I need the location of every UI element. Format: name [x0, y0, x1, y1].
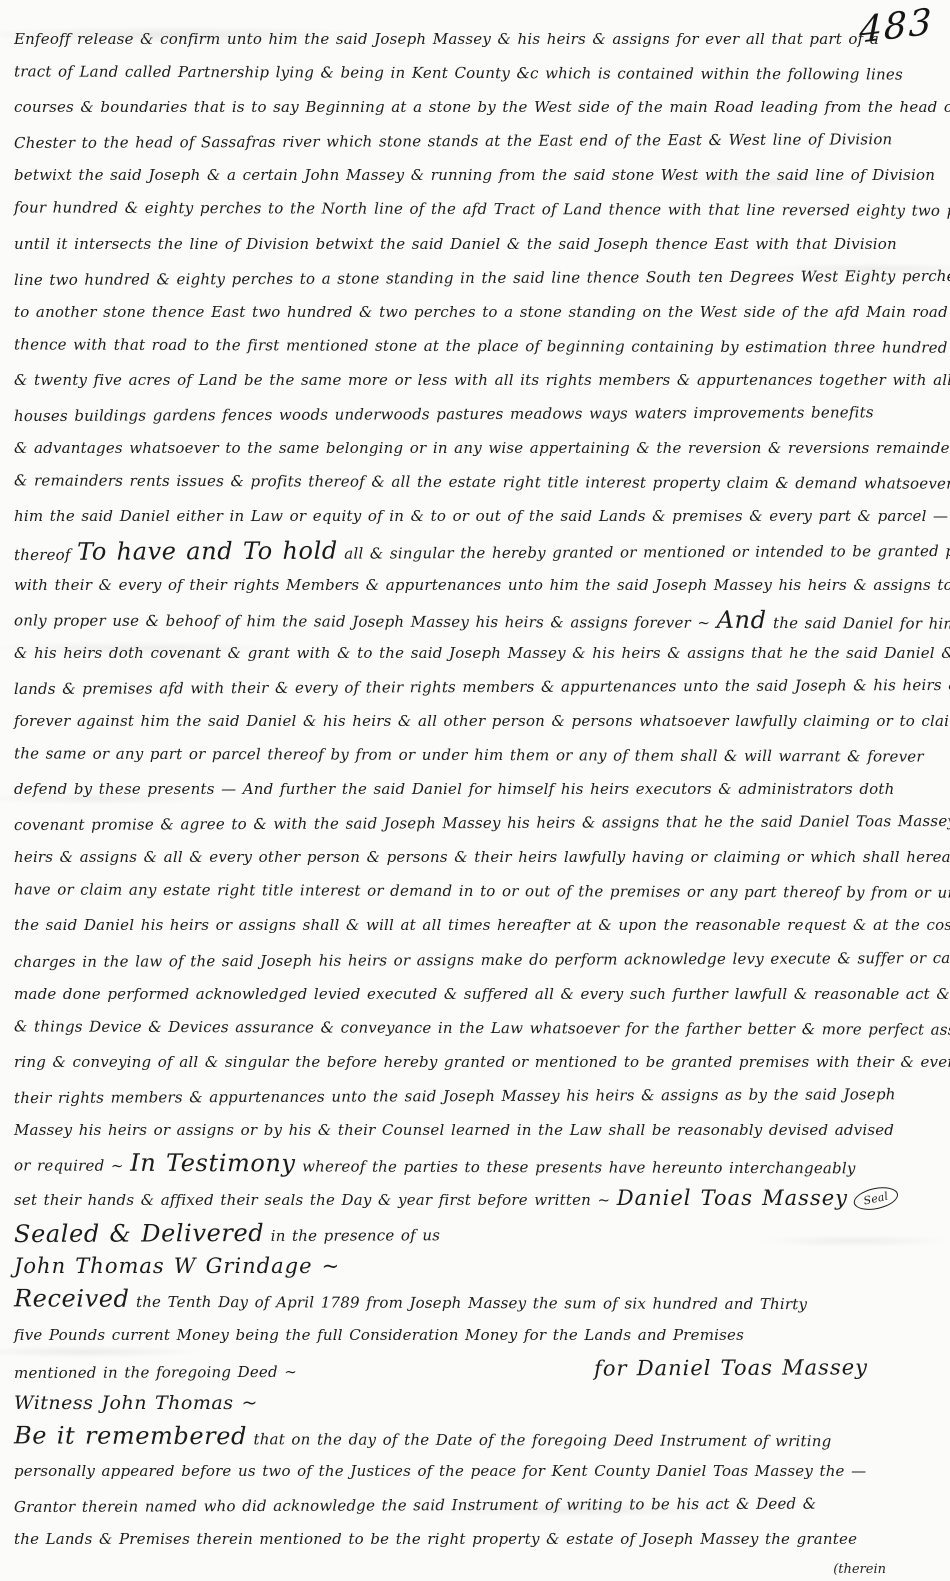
signature-text: John Thomas W Grindage ~: [14, 1254, 340, 1278]
manuscript-line: & his heirs doth covenant & grant with &…: [14, 636, 938, 670]
text-segment: until it intersects the line of Division…: [14, 235, 897, 253]
text-segment: Enfeoff release & confirm unto him the s…: [14, 30, 879, 48]
text-segment: their rights members & appurtenances unt…: [14, 1085, 896, 1107]
manuscript-line: the said Daniel his heirs or assigns sha…: [14, 908, 938, 942]
text-segment: thence with that road to the first menti…: [14, 335, 948, 356]
text-segment: tract of Land called Partnership lying &…: [14, 62, 903, 83]
manuscript-line: & twenty five acres of Land be the same …: [14, 363, 938, 397]
text-segment: four hundred & eighty perches to the Nor…: [14, 199, 950, 220]
text-segment: In Testimony: [130, 1149, 296, 1178]
text-segment: heirs & assigns & all & every other pers…: [14, 848, 950, 866]
text-segment: the Tenth Day of April 1789 from Joseph …: [129, 1293, 807, 1313]
text-segment: personally appeared before us two of the…: [14, 1462, 866, 1480]
text-segment: To have and To hold: [77, 537, 338, 566]
manuscript-line: John Thomas W Grindage ~: [14, 1249, 938, 1283]
manuscript-line: Be it remembered that on the day of the …: [14, 1418, 938, 1455]
text-segment: Massey his heirs or assigns or by his & …: [14, 1121, 894, 1139]
text-segment: the said Daniel his heirs or assigns sha…: [14, 916, 950, 934]
manuscript-line: Chester to the head of Sassafras river w…: [14, 122, 938, 160]
text-segment: the said Daniel for himself: [767, 614, 950, 633]
manuscript-line: defend by these presents — And further t…: [14, 772, 938, 806]
manuscript-line: & things Device & Devices assurance & co…: [14, 1009, 938, 1046]
text-segment: Sealed & Delivered: [14, 1219, 264, 1248]
text-segment: lands & premises afd with their & every …: [14, 675, 950, 697]
manuscript-line: until it intersects the line of Division…: [14, 227, 938, 261]
text-segment: five Pounds current Money being the full…: [14, 1326, 744, 1344]
manuscript-line: Grantor therein named who did acknowledg…: [14, 1486, 938, 1524]
manuscript-line: four hundred & eighty perches to the Nor…: [14, 191, 938, 228]
text-segment: or required ~: [14, 1156, 130, 1174]
manuscript-line: the Lands & Premises therein mentioned t…: [14, 1522, 938, 1556]
text-segment: line two hundred & eighty perches to a s…: [14, 267, 950, 289]
text-segment: whereof the parties to these presents ha…: [296, 1157, 856, 1177]
signature-text: Daniel Toas Massey: [617, 1186, 848, 1210]
text-segment: him the said Daniel either in Law or equ…: [14, 507, 948, 525]
scanned-deed-page: { "page": { "number": "483", "catchword"…: [0, 0, 950, 1581]
text-segment: have or claim any estate right title int…: [14, 881, 950, 902]
text-segment: only proper use & behoof of him the said…: [14, 611, 717, 631]
seal-mark: Seal: [852, 1184, 900, 1214]
text-segment: Received: [14, 1285, 130, 1313]
manuscript-line: have or claim any estate right title int…: [14, 873, 938, 910]
manuscript-line: made done performed acknowledged levied …: [14, 977, 938, 1011]
text-segment: with their & every of their rights Membe…: [14, 576, 950, 594]
text-segment: Witness John Thomas ~: [14, 1392, 258, 1414]
manuscript-line: or required ~ In Testimony whereof the p…: [14, 1145, 938, 1182]
manuscript-line: Received the Tenth Day of April 1789 fro…: [14, 1282, 938, 1319]
manuscript-line: heirs & assigns & all & every other pers…: [14, 840, 938, 874]
manuscript-line: thereof To have and To hold all & singul…: [14, 531, 938, 569]
text-segment: the same or any part or parcel thereof b…: [14, 744, 924, 765]
manuscript-line: to another stone thence East two hundred…: [14, 295, 938, 329]
manuscript-line: ring & conveying of all & singular the b…: [14, 1045, 938, 1079]
text-segment: & things Device & Devices assurance & co…: [14, 1017, 950, 1038]
text-segment: And: [717, 605, 767, 633]
text-segment: that on the day of the Date of the foreg…: [247, 1430, 831, 1450]
text-segment: the Lands & Premises therein mentioned t…: [14, 1530, 857, 1548]
text-segment: & his heirs doth covenant & grant with &…: [14, 644, 950, 662]
text-segment: betwixt the said Joseph & a certain John…: [14, 166, 935, 184]
text-segment: Be it remembered: [14, 1421, 247, 1450]
text-segment: houses buildings gardens fences woods un…: [14, 403, 874, 425]
manuscript-line: only proper use & behoof of him the said…: [14, 600, 938, 637]
text-segment: & remainders rents issues & profits ther…: [14, 472, 950, 493]
manuscript-line: set their hands & affixed their seals th…: [14, 1181, 938, 1215]
manuscript-line: Massey his heirs or assigns or by his & …: [14, 1113, 938, 1147]
manuscript-line: & remainders rents issues & profits ther…: [14, 464, 938, 501]
manuscript-line: courses & boundaries that is to say Begi…: [14, 90, 938, 124]
manuscript-line: their rights members & appurtenances unt…: [14, 1077, 938, 1115]
text-segment: made done performed acknowledged levied …: [14, 985, 950, 1003]
text-segment: defend by these presents — And further t…: [14, 780, 894, 798]
text-segment: Chester to the head of Sassafras river w…: [14, 130, 892, 152]
manuscript-line: line two hundred & eighty perches to a s…: [14, 259, 938, 297]
catchword: (therein: [833, 1562, 886, 1577]
text-segment: in the presence of us: [264, 1226, 440, 1245]
manuscript-line: the same or any part or parcel thereof b…: [14, 736, 938, 773]
text-segment: & twenty five acres of Land be the same …: [14, 371, 950, 389]
manuscript-line: Sealed & Delivered in the presence of us: [14, 1213, 938, 1251]
text-segment: covenant promise & agree to & with the s…: [14, 812, 950, 834]
manuscript-line: five Pounds current Money being the full…: [14, 1318, 938, 1352]
manuscript-line: thence with that road to the first menti…: [14, 327, 938, 364]
manuscript-line: with their & every of their rights Membe…: [14, 568, 938, 602]
manuscript-line: lands & premises afd with their & every …: [14, 668, 938, 706]
text-segment: charges in the law of the said Joseph hi…: [14, 948, 950, 970]
text-segment: mentioned in the foregoing Deed ~: [14, 1354, 297, 1389]
signature-text: for Daniel Toas Massey: [594, 1350, 868, 1385]
text-segment: forever against him the said Daniel & hi…: [14, 712, 950, 730]
manuscript-line: Enfeoff release & confirm unto him the s…: [14, 22, 938, 56]
manuscript-line: & advantages whatsoever to the same belo…: [14, 431, 938, 465]
text-segment: to another stone thence East two hundred…: [14, 303, 950, 321]
text-segment: Grantor therein named who did acknowledg…: [14, 1495, 816, 1517]
manuscript-line: covenant promise & agree to & with the s…: [14, 804, 938, 842]
manuscript-line: forever against him the said Daniel & hi…: [14, 704, 938, 738]
manuscript-line: mentioned in the foregoing Deed ~for Dan…: [14, 1350, 938, 1388]
text-segment: ring & conveying of all & singular the b…: [14, 1053, 950, 1071]
text-segment: all & singular the hereby granted or men…: [338, 542, 950, 563]
manuscript-line: houses buildings gardens fences woods un…: [14, 395, 938, 433]
deed-manuscript-text: Enfeoff release & confirm unto him the s…: [14, 22, 938, 1556]
manuscript-line: charges in the law of the said Joseph hi…: [14, 941, 938, 979]
manuscript-line: tract of Land called Partnership lying &…: [14, 54, 938, 91]
manuscript-line: betwixt the said Joseph & a certain John…: [14, 158, 938, 192]
text-segment: courses & boundaries that is to say Begi…: [14, 98, 950, 116]
text-segment: & advantages whatsoever to the same belo…: [14, 439, 950, 457]
text-segment: set their hands & affixed their seals th…: [14, 1191, 617, 1209]
manuscript-line: Witness John Thomas ~: [14, 1386, 938, 1420]
text-segment: thereof: [14, 546, 77, 564]
manuscript-line: him the said Daniel either in Law or equ…: [14, 499, 938, 533]
manuscript-line: personally appeared before us two of the…: [14, 1454, 938, 1488]
